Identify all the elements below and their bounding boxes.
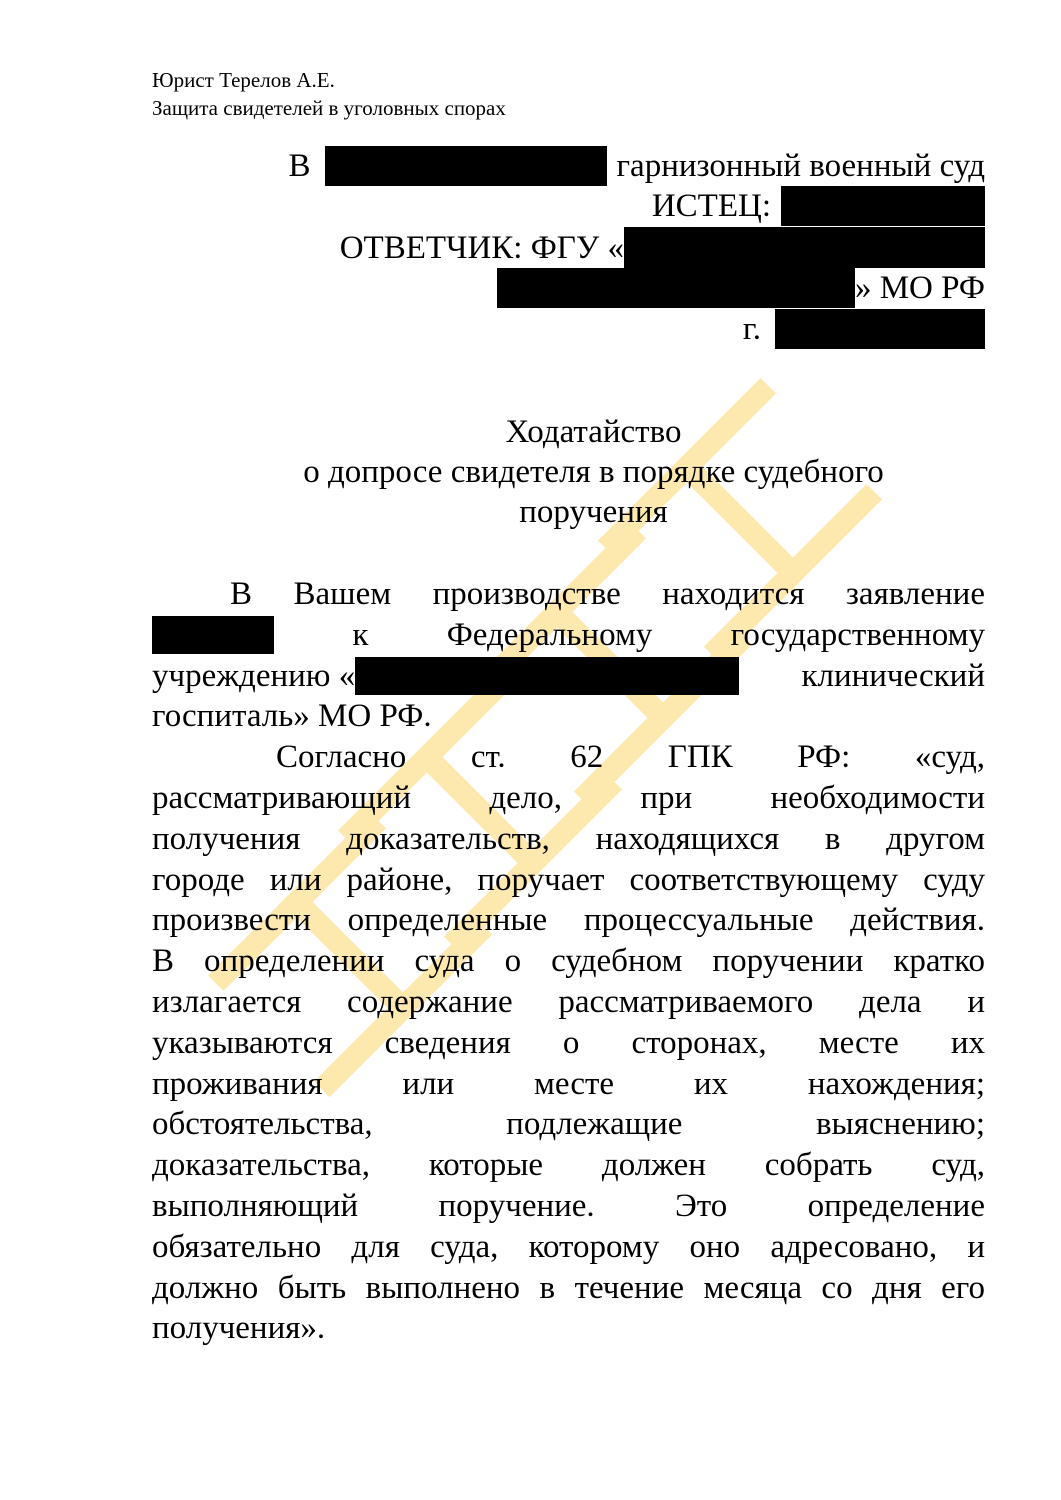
redacted-plaintiff	[781, 186, 985, 226]
p2-line: проживания или месте их нахождения;	[152, 1064, 985, 1105]
plaintiff-label: ИСТЕЦ:	[652, 186, 771, 226]
p1-line3-prefix: учреждению «	[152, 656, 355, 697]
p2-line: указываются сведения о сторонах, месте и…	[152, 1023, 985, 1064]
p1-line-2: к Федеральному государственному	[152, 615, 985, 656]
title-line-3: поручения	[0, 492, 1061, 532]
redacted-applicant	[152, 616, 274, 654]
p2-line: В определении суда о судебном поручении …	[152, 941, 985, 982]
p2-line: получения доказательств, находящихся в д…	[152, 819, 985, 860]
redacted-institution	[355, 657, 739, 695]
p2-line: городе или районе, поручает соответствую…	[152, 860, 985, 901]
defendant-label: ОТВЕТЧИК: ФГУ «	[340, 228, 624, 268]
court-prefix: В	[289, 146, 311, 186]
city-line: г.	[743, 309, 985, 349]
p1-word: государственному	[731, 615, 985, 656]
document-title: Ходатайство о допросе свидетеля в порядк…	[0, 412, 1061, 532]
p2-line: доказательства, которые должен собрать с…	[152, 1145, 985, 1186]
document-body: В Вашем производстве находится заявление…	[152, 574, 985, 1349]
court-suffix: гарнизонный военный суд	[617, 146, 985, 186]
p1-line-1: В Вашем производстве находится заявление	[152, 574, 985, 615]
title-line-1: Ходатайство	[0, 412, 1061, 452]
paragraph-1: В Вашем производстве находится заявление…	[152, 574, 985, 737]
p2-line: обстоятельства, подлежащие выяснению;	[152, 1104, 985, 1145]
plaintiff-line: ИСТЕЦ:	[652, 186, 985, 226]
author-tagline: Защита свидетелей в уголовных спорах	[152, 94, 506, 122]
city-label: г.	[743, 309, 761, 349]
p1-word: Федеральному	[447, 615, 653, 656]
redacted-court-name	[325, 146, 607, 186]
author-name: Юрист Терелов А.Е.	[152, 66, 506, 94]
redacted-defendant-name-cont	[497, 268, 855, 308]
p2-line: обязательно для суда, которому оно адрес…	[152, 1227, 985, 1268]
p2-line: Согласно ст. 62 ГПК РФ: «суд,	[152, 737, 985, 778]
p1-line3-suffix: клинический	[801, 656, 985, 697]
p2-line: произвести определенные процессуальные д…	[152, 900, 985, 941]
p2-last-line: получения».	[152, 1308, 985, 1349]
p2-line: рассматривающий дело, при необходимости	[152, 778, 985, 819]
p1-line-3: учреждению « клинический	[152, 656, 985, 697]
p1-line-4: госпиталь» МО РФ.	[152, 696, 985, 737]
p1-word: к	[352, 615, 368, 656]
defendant-line: ОТВЕТЧИК: ФГУ «	[340, 227, 985, 268]
court-line: В гарнизонный военный суд	[289, 146, 986, 186]
p2-line: излагается содержание рассматриваемого д…	[152, 982, 985, 1023]
title-line-2: о допросе свидетеля в порядке судебного	[0, 452, 1061, 492]
defendant-line-2: » МО РФ	[497, 268, 985, 308]
p2-line: выполняющий поручение. Это определение	[152, 1186, 985, 1227]
redacted-defendant-name	[624, 227, 985, 268]
defendant-suffix: » МО РФ	[855, 268, 985, 308]
document-header: Юрист Терелов А.Е. Защита свидетелей в у…	[152, 66, 506, 122]
paragraph-2: Согласно ст. 62 ГПК РФ: «суд, рассматрив…	[152, 737, 985, 1349]
p2-line: должно быть выполнено в течение месяца с…	[152, 1268, 985, 1309]
redacted-city	[775, 309, 985, 349]
